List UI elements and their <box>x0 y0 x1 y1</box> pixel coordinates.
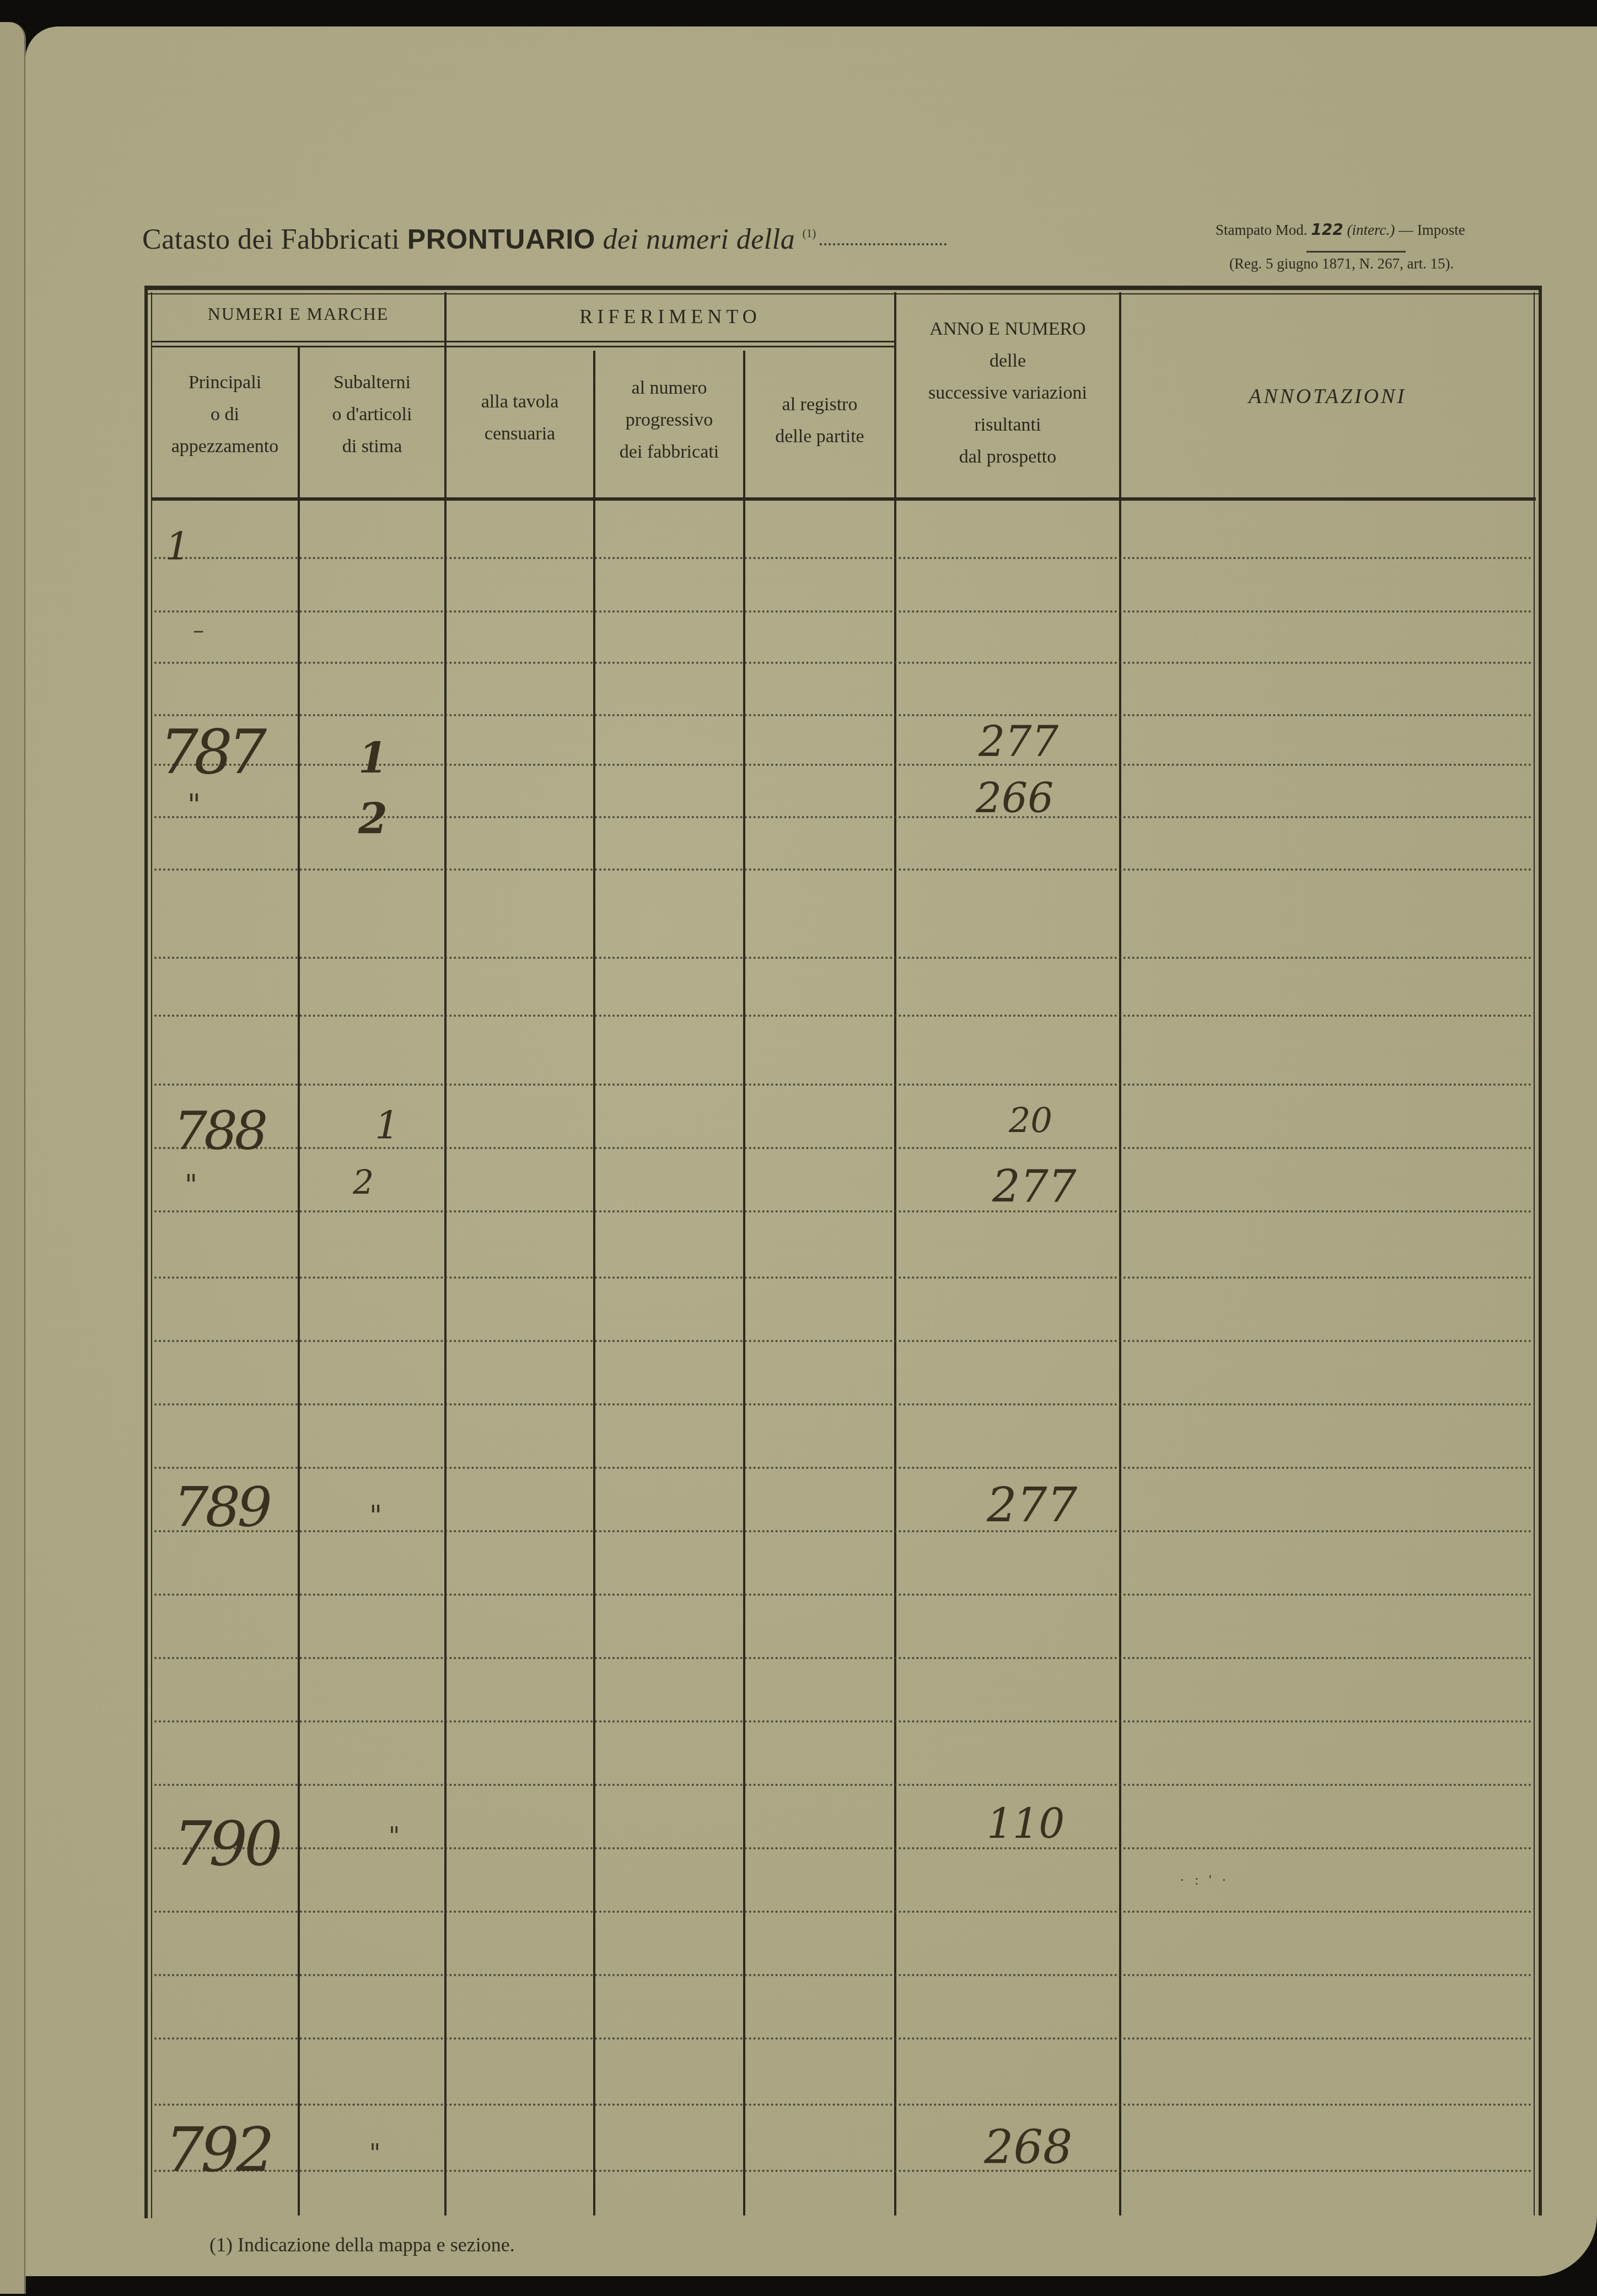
col-line-4 <box>743 351 745 2215</box>
header-line: o d'articoli <box>300 399 444 431</box>
header-line: progressivo <box>595 404 743 436</box>
entry-principali: 788 <box>174 1100 265 1162</box>
footnote-mark: (1) <box>803 228 816 240</box>
header-line: censuaria <box>447 418 593 450</box>
ruling-line <box>154 662 1533 664</box>
header-subalterni: Subalterni o d'articoli di stima <box>300 367 444 463</box>
entry-anno-numero: 20 <box>1009 1100 1052 1140</box>
header-numeri-e-marche: NUMERI E MARCHE <box>152 298 444 330</box>
col-line-1 <box>298 346 300 2215</box>
title-prefix: Catasto dei Fabbricati <box>142 224 400 255</box>
col-line-2 <box>444 292 447 2215</box>
header-line: al registro <box>745 389 894 421</box>
entry-anno-numero: 266 <box>976 775 1053 822</box>
entry-anno-numero: 110 <box>987 1800 1064 1848</box>
entry-principali: 790 <box>174 1809 279 1879</box>
entry-anno-numero: 268 <box>984 2120 1072 2174</box>
entry-anno-numero: 277 <box>992 1161 1077 1212</box>
col-line-5 <box>894 292 896 2215</box>
header-line: al numero <box>595 372 743 404</box>
entry-principali: 1 <box>165 524 190 569</box>
entry-principali: – <box>193 618 204 643</box>
header-bottom-rule <box>152 497 1536 501</box>
ruling-line <box>154 1276 1533 1279</box>
ruling-line <box>154 1467 1533 1469</box>
entry-subalterni: 2 <box>353 1163 374 1202</box>
previous-page-edge <box>0 22 26 2294</box>
group-divider <box>152 341 894 342</box>
ruling-line <box>154 714 1533 716</box>
title-italic: dei numeri della <box>603 224 795 255</box>
header-riferimento: RIFERIMENTO <box>447 301 894 332</box>
col-line-6 <box>1119 292 1121 2215</box>
entry-principali: " <box>187 788 201 822</box>
header-principali: Principali o di appezzamento <box>152 367 298 463</box>
ruling-line <box>154 957 1533 959</box>
col-line-3 <box>593 351 595 2215</box>
stamp-suffix: — Imposte <box>1399 222 1465 238</box>
table-left-border <box>144 286 148 2218</box>
ruling-line <box>154 1720 1533 1723</box>
header-anno-numero: ANNO E NUMERO delle successive variazion… <box>896 313 1119 473</box>
header-line: Principali <box>152 367 298 399</box>
header-line: appezzamento <box>152 431 298 463</box>
ruling-line <box>154 1911 1533 1913</box>
stamp-rule <box>1306 251 1406 253</box>
header-line: delle partite <box>745 421 894 453</box>
ruling-line <box>154 2170 1533 2172</box>
entry-subalterni: " <box>389 1822 400 1850</box>
title-bold: PRONTUARIO <box>407 224 595 255</box>
ruling-line <box>154 1974 1533 1976</box>
entry-principali: 789 <box>174 1475 269 1539</box>
header-line: successive variazioni <box>896 377 1119 409</box>
entry-anno-numero: 277 <box>987 1478 1077 1533</box>
stamp-prefix: Stampato Mod. <box>1216 222 1308 238</box>
entry-subalterni: " <box>369 2139 380 2168</box>
table-left-border-thin <box>151 292 152 2218</box>
ruling-line <box>154 1657 1533 1659</box>
entry-principali: 792 <box>165 2115 271 2185</box>
ruling-line <box>154 2104 1533 2106</box>
entry-anno-numero: 277 <box>978 717 1058 766</box>
header-line: dei fabbricati <box>595 436 743 468</box>
group-divider-2 <box>152 346 894 347</box>
ruling-line <box>154 2037 1533 2040</box>
header-line: ANNO E NUMERO <box>896 313 1119 345</box>
table-right-border <box>1539 286 1542 2215</box>
header-line: o di <box>152 399 298 431</box>
ruling-line <box>154 1210 1533 1213</box>
ruling-line <box>154 557 1533 559</box>
stamp-regulation-line: (Reg. 5 giugno 1871, N. 267, art. 15). <box>1229 255 1454 272</box>
entry-subalterni: " <box>369 1500 382 1532</box>
header-line: dal prospetto <box>896 441 1119 473</box>
table-top-rule-thin <box>144 293 1542 294</box>
entry-subalterni: 1 <box>358 733 388 782</box>
entry-subalterni: 1 <box>375 1103 400 1148</box>
entry-principali: 787 <box>160 717 262 787</box>
ruling-line <box>154 1784 1533 1786</box>
entry-principali: " <box>185 1169 197 1201</box>
ruling-line <box>154 1847 1533 1849</box>
header-line: delle <box>896 345 1119 377</box>
ruling-line <box>154 1594 1533 1596</box>
ruling-line <box>154 1340 1533 1342</box>
entry-subalterni: 2 <box>358 794 388 843</box>
header-line: di stima <box>300 431 444 463</box>
header-numero-progressivo: al numero progressivo dei fabbricati <box>595 372 743 468</box>
header-line: risultanti <box>896 409 1119 441</box>
ruling-line <box>154 610 1533 613</box>
ruling-line <box>154 1015 1533 1017</box>
header-line: alla tavola <box>447 386 593 418</box>
ruling-line <box>154 1530 1533 1532</box>
ruling-line <box>154 1083 1533 1086</box>
stamp-model-number: 122 <box>1311 221 1343 239</box>
stamp-model-suffix: (interc.) <box>1347 222 1395 238</box>
ruling-line <box>154 1147 1533 1149</box>
ruling-line <box>154 1403 1533 1406</box>
table-right-border-thin <box>1534 292 1535 2215</box>
annotation-ink-marks: · : ' · <box>1180 1872 1230 1889</box>
footnote: (1) Indicazione della mappa e sezione. <box>209 2233 515 2256</box>
form-title: Catasto dei Fabbricati PRONTUARIO dei nu… <box>142 223 947 256</box>
header-line: Subalterni <box>300 367 444 399</box>
header-registro-partite: al registro delle partite <box>745 389 894 453</box>
header-tavola-censuaria: alla tavola censuaria <box>447 386 593 450</box>
header-annotazioni: ANNOTAZIONI <box>1121 380 1534 412</box>
ruling-line <box>154 868 1533 871</box>
map-section-blank <box>820 243 947 245</box>
stamp-model-line: Stampato Mod. 122 (interc.) — Imposte <box>1216 221 1465 239</box>
table-top-rule <box>144 286 1542 290</box>
